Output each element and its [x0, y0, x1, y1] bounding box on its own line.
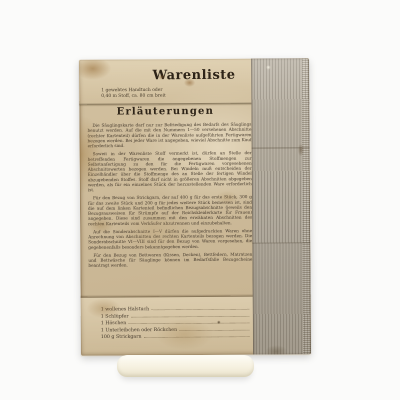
explanations-text-block: Die Säuglingskarte darf nur zur Befriedi… — [87, 122, 252, 295]
band-seam — [252, 147, 310, 148]
list-item-label: 1 wollenes Halstuch — [101, 306, 150, 312]
dotted-leader — [128, 323, 249, 324]
woven-textile-band — [251, 58, 311, 354]
dotted-leader — [131, 316, 249, 317]
list-item: 100 g Strickgarn — [101, 333, 251, 341]
subtitle-line: 0,40 m Stoff, ca. 80 cm breit — [101, 93, 179, 99]
dotted-leader — [151, 309, 249, 310]
section-heading: Erläuterungen — [79, 106, 251, 118]
warenliste-subtitle: 1 gewebtes Handtuch oder 0,40 m Stoff, c… — [101, 87, 179, 99]
paragraph: Für den Bezug von Bettwaren (Kissen, Dec… — [88, 251, 252, 268]
paragraph: Für den Bezug von Strickgarn, der auf 40… — [88, 194, 252, 226]
display-stand — [117, 355, 254, 377]
list-item-label: 1 Unterleibchen oder Röckchen — [101, 327, 177, 333]
paragraph: Soweit in der Warenliste Stoff vermerkt … — [88, 150, 252, 192]
paragraph: Die Säuglingskarte darf nur zur Befriedi… — [87, 122, 251, 149]
list-item-label: 1 Schlüpfer — [101, 313, 129, 319]
dotted-leader — [144, 337, 250, 338]
ration-document: Warenliste 1 gewebtes Handtuch oder 0,40… — [79, 58, 311, 356]
list-item-label: 100 g Strickgarn — [101, 334, 142, 340]
band-seam — [252, 242, 310, 243]
product-photo: Warenliste 1 gewebtes Handtuch oder 0,40… — [0, 0, 400, 400]
list-item-label: 1 Höschen — [101, 320, 126, 326]
dotted-leader — [179, 330, 249, 331]
paragraph: Auf die Sonderabschnitte I—V dürfen die … — [88, 228, 252, 250]
